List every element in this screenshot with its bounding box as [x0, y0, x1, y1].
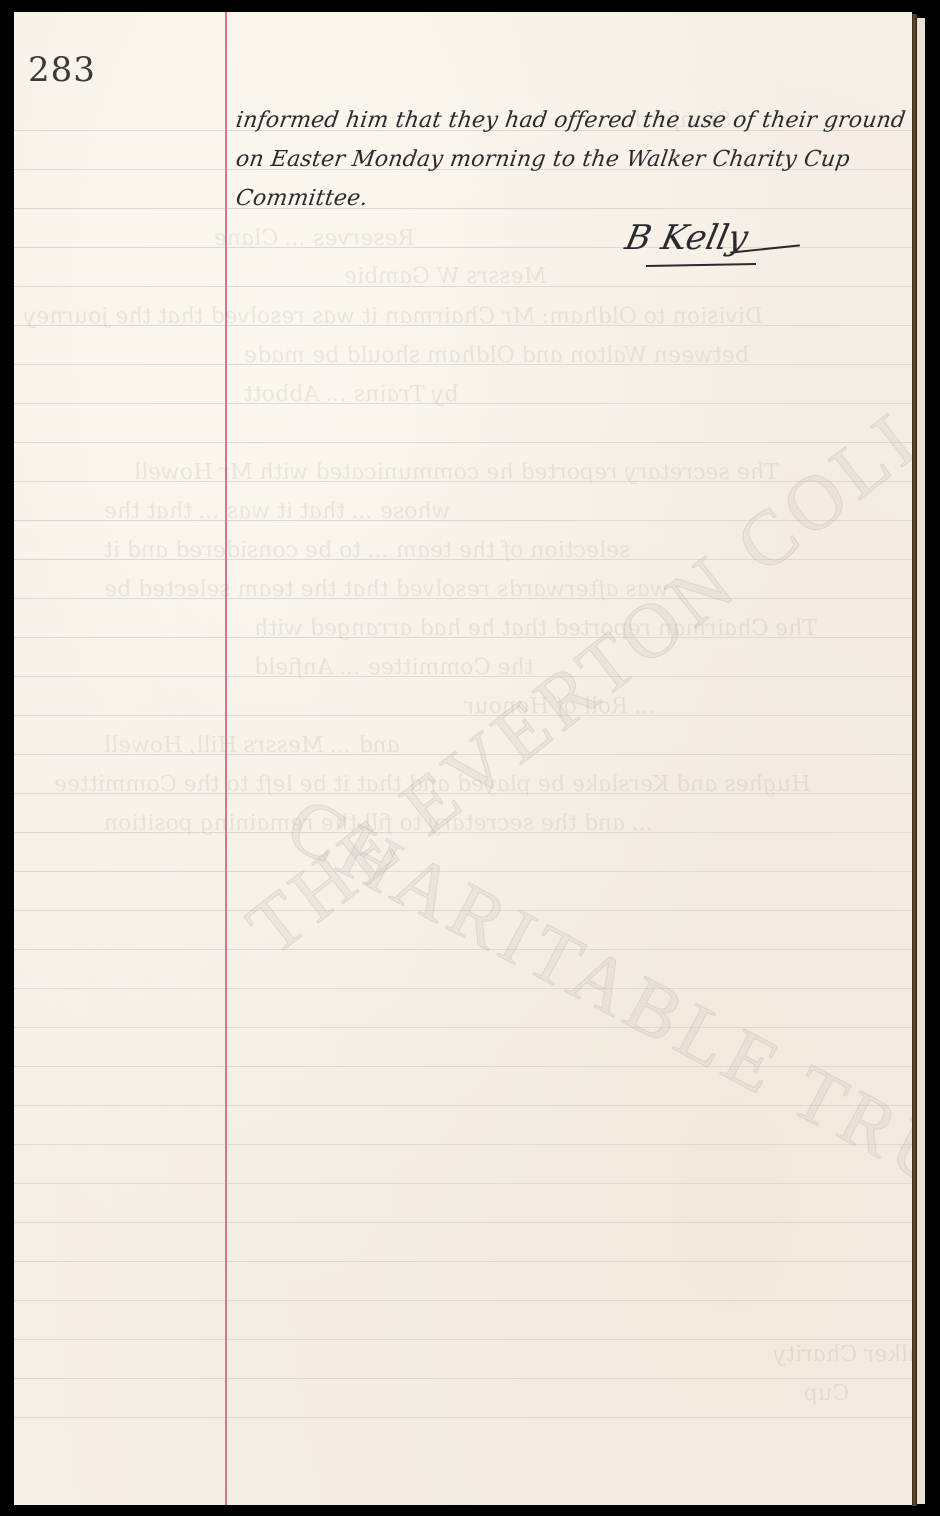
bleed-through-text: Reserves ... Clane — [212, 226, 416, 251]
ruled-line — [14, 1261, 912, 1262]
ruled-line — [14, 1339, 912, 1340]
page-number: 283 — [28, 50, 96, 90]
handwritten-line: on Easter Monday morning to the Walker C… — [234, 147, 851, 172]
bleed-through-text: the Committee ... Anfield — [252, 655, 535, 680]
bleed-through-text: whose ... that it was ... that the — [102, 499, 452, 524]
bleed-through-text: was afterwards resolved that the team se… — [102, 577, 670, 602]
handwritten-line: informed him that they had offered the u… — [234, 108, 907, 133]
ruled-line — [14, 1222, 912, 1223]
ruled-line — [14, 442, 912, 443]
signature-underline — [646, 263, 756, 266]
bleed-through-text: Cup — [802, 1381, 851, 1406]
page-edge-sheet — [917, 18, 925, 1504]
ruled-line — [14, 988, 912, 989]
ruled-line — [14, 1300, 912, 1301]
handwritten-line: Committee. — [234, 186, 369, 211]
ruled-line — [14, 208, 912, 209]
ruled-line — [14, 403, 912, 404]
bleed-through-text: Walker Charity — [772, 1342, 912, 1367]
bleed-through-text: The secretary reported he communicated w… — [132, 460, 780, 485]
ruled-line — [14, 1183, 912, 1184]
bleed-through-text: selection of the team ... to be consider… — [102, 538, 632, 563]
ledger-page: Stanford Reserves ... Clane Messrs W Gam… — [14, 12, 912, 1505]
ruled-line — [14, 1378, 912, 1379]
ruled-line — [14, 1144, 912, 1145]
bleed-through-text: between Walton and Oldham should be made — [242, 343, 750, 368]
watermark-line-2: CHARITABLE TRUST — [273, 778, 912, 1256]
bleed-through-text: by Trains ... Abbott — [242, 382, 460, 407]
ruled-line — [14, 1417, 912, 1418]
bleed-through-text: Division to Oldham: Mr Chairman it was r… — [22, 304, 764, 329]
bleed-through-text: and ... Messrs Hill, Howell — [102, 733, 401, 758]
bleed-through-text: Messrs W Gambie — [342, 264, 548, 289]
